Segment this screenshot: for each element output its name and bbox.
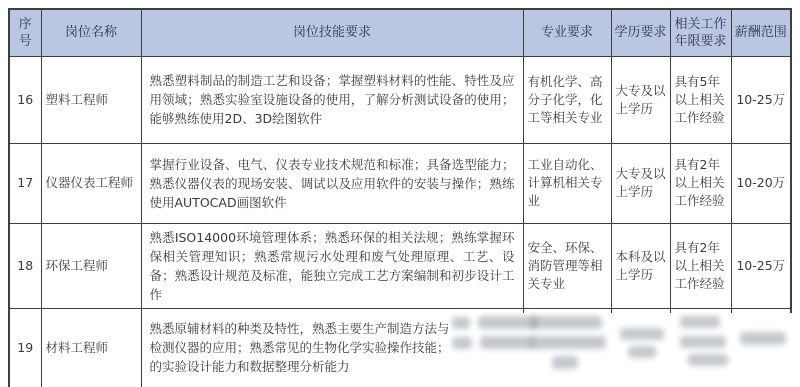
column-header-salary: 薪酬范围 [731,9,791,56]
job-requirements-page: 序号 岗位名称 岗位技能要求 专业要求 学历要求 相关工作年限要求 薪酬范围 1… [0,0,800,387]
redacted-text-blob [452,337,472,349]
cell-major: 有机化学、高分子化学，化工等相关专业 [523,56,611,143]
redacted-text-blob [620,328,664,340]
redacted-text-blob [680,336,726,348]
table-row: 16 塑料工程师 熟悉塑料制品的制造工艺和设备；掌握塑料材料的性能、特性及应用领… [9,56,791,143]
cell-experience: 具有5年以上相关工作经验 [670,56,731,143]
cell-education: 本科及以上学历 [611,223,670,308]
cell-title: 塑料工程师 [41,56,141,143]
redacted-text-blob [480,336,535,349]
cell-education: 大专及以上学历 [611,143,670,223]
cell-title: 仪器仪表工程师 [41,143,141,223]
redacted-region [448,313,800,387]
redacted-text-blob [628,346,656,358]
cell-title: 环保工程师 [41,223,141,308]
cell-skills: 掌握行业设备、电气、仪表专业技术规范和标准；具备选型能力；熟悉仪器仪表的现场安装… [141,143,523,223]
cell-title: 材料工程师 [41,308,141,387]
redacted-text-blob [552,356,578,369]
table-row: 18 环保工程师 熟悉ISO14000环境管理体系；熟悉环保的相关法规；熟练掌握… [9,223,791,308]
redacted-text-blob [530,336,606,349]
cell-experience: 具有2年以上相关工作经验 [670,223,731,308]
table-header-row: 序号 岗位名称 岗位技能要求 专业要求 学历要求 相关工作年限要求 薪酬范围 [9,9,791,56]
column-header-no: 序号 [9,9,41,56]
cell-salary: 10-25万 [731,223,791,308]
cell-salary: 10-20万 [731,143,791,223]
cell-no: 18 [9,223,41,308]
cell-skills: 熟悉ISO14000环境管理体系；熟悉环保的相关法规；熟练掌握环保相关管理知识；… [141,223,523,308]
column-header-education: 学历要求 [611,9,670,56]
cell-skills: 熟悉塑料制品的制造工艺和设备；掌握塑料材料的性能、特性及应用领域；熟悉实验室设施… [141,56,523,143]
redacted-text-blob [478,316,538,329]
redacted-text-blob [740,332,786,345]
table-row: 17 仪器仪表工程师 掌握行业设备、电气、仪表专业技术规范和标准；具备选型能力；… [9,143,791,223]
cell-major: 工业自动化、计算机相关专业 [523,143,611,223]
redacted-text-blob [452,317,470,329]
redacted-text-blob [680,316,720,328]
cell-no: 16 [9,56,41,143]
redacted-text-blob [530,316,602,329]
column-header-skills: 岗位技能要求 [141,9,523,56]
cell-no: 17 [9,143,41,223]
cell-major: 安全、环保、消防管理等相关专业 [523,223,611,308]
cell-no: 19 [9,308,41,387]
cell-salary: 10-25万 [731,56,791,143]
column-header-experience: 相关工作年限要求 [670,9,731,56]
column-header-title: 岗位名称 [41,9,141,56]
redacted-text-blob [688,354,728,366]
column-header-major: 专业要求 [523,9,611,56]
cell-experience: 具有2年以上相关工作经验 [670,143,731,223]
cell-education: 大专及以上学历 [611,56,670,143]
